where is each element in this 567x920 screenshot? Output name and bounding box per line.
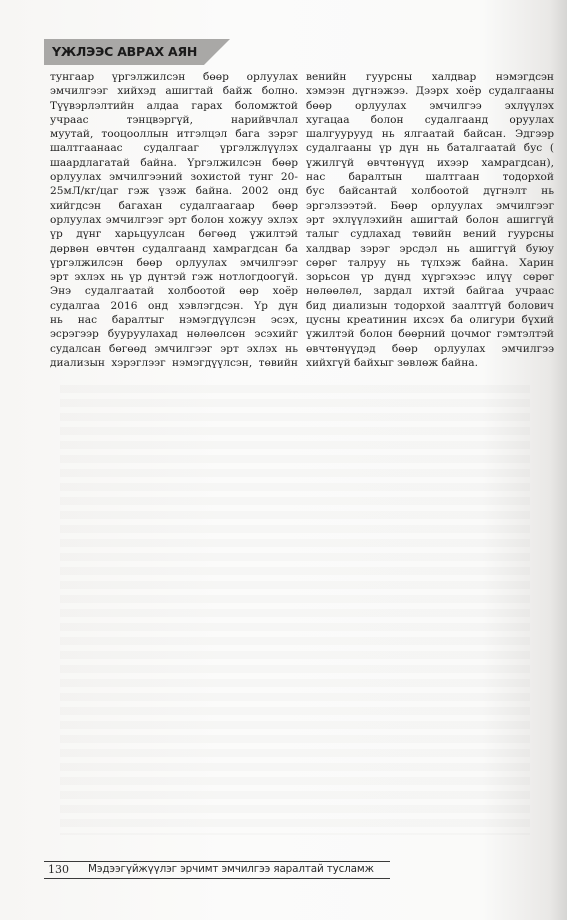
- text-line: нөлөөлөл, зардал ихтэй байгаа учраас: [306, 284, 554, 298]
- text-line: хийгдсэн багахан судалгаагаар бөөр: [50, 199, 298, 213]
- text-line: хэмээн дүгнэжээ. Дээрх хоёр судалгааны: [306, 84, 554, 98]
- text-line: тунгаар үргэлжилсэн бөөр орлуулах: [50, 70, 298, 84]
- text-line: судалгааны үр дүн нь баталгаатай бус (: [306, 141, 554, 155]
- footer-divider-top: [44, 861, 390, 862]
- text-line: хийхгүй байхыг зөвлөж байна.: [306, 356, 554, 370]
- text-line: эргэлзээтэй. Бөөр орлуулах эмчилгээг: [306, 199, 554, 213]
- text-line: бус байсантай холбоотой дүгнэлт нь: [306, 184, 554, 198]
- text-line: Түүвэрлэлтийн алдаа гарах боломжтой: [50, 99, 298, 113]
- text-line: эсрэгээр бууруулахад нөлөөлсөн эсэхийг: [50, 327, 298, 341]
- text-line: эмчилгээг хийхэд ашигтай байж болно.: [50, 84, 298, 98]
- text-line: диализын хэрэглээг нэмэгдүүлсэн, төвийн: [50, 356, 298, 370]
- section-title: ҮЖЛЭЭС АВРАХ АЯН: [52, 44, 197, 59]
- text-line: үжилгүй өвчтөнүүд ихээр хамрагдсан),: [306, 156, 554, 170]
- text-line: шалгуурууд нь ялгаатай байсан. Эдгээр: [306, 127, 554, 141]
- text-line: үр дүнг харьцуулсан бөгөөд үжилтэй: [50, 227, 298, 241]
- right-text-column: венийн гуурсны халдвар нэмэгдсэн хэмээн …: [306, 70, 554, 370]
- text-line: шаардлагатай байна. Үргэлжилсэн бөөр: [50, 156, 298, 170]
- text-line: цусны креатинин ихсэх ба олигури бүхий: [306, 313, 554, 327]
- text-line: судалгаа 2016 онд хэвлэгдсэн. Үр дүн: [50, 299, 298, 313]
- text-line: эрт эхлэх нь үр дүнтэй гэж нотлогдоогүй.: [50, 270, 298, 284]
- text-line: хугацаа болон судалгаанд оруулах: [306, 113, 554, 127]
- text-line: өвчтөнүүдэд бөөр орлуулах эмчилгээ: [306, 342, 554, 356]
- left-text-column: тунгаар үргэлжилсэн бөөр орлуулах эмчилг…: [50, 70, 298, 370]
- text-line: орлуулах эмчилгээг эрт болон хожуу эхлэх: [50, 213, 298, 227]
- text-line: орлуулах эмчилгээний зохистой тунг 20-: [50, 170, 298, 184]
- text-line: шалтгаанаас судалгааг үргэлжлүүлэх: [50, 141, 298, 155]
- text-line: судалсан бөгөөд эмчилгээг эрт эхлэх нь: [50, 342, 298, 356]
- footer-divider-bottom: [44, 878, 390, 879]
- text-line: үжилтэй болон бөөрний цочмог гэмтэлтэй: [306, 327, 554, 341]
- text-line: бид диализын тодорхой заалтгүй болович: [306, 299, 554, 313]
- bleed-through-shadow: [60, 385, 530, 835]
- text-line: нас баралтын шалтгаан тодорхой: [306, 170, 554, 184]
- text-line: 25мЛ/кг/цаг гэж үзэж байна. 2002 онд: [50, 184, 298, 198]
- text-line: муутай, тооцооллын итгэлцэл бага зэрэг: [50, 127, 298, 141]
- text-line: зорьсон үр дүнд хүргэхээс илүү сөрөг: [306, 270, 554, 284]
- text-line: сөрөг талруу нь түлхэж байна. Харин: [306, 256, 554, 270]
- text-line: Энэ судалгаатай холбоотой өөр хоёр: [50, 284, 298, 298]
- text-line: венийн гуурсны халдвар нэмэгдсэн: [306, 70, 554, 84]
- text-line: нь нас баралтыг нэмэгдүүлсэн эсэх,: [50, 313, 298, 327]
- text-line: дөрвөн өвчтөн судалгаанд хамрагдсан ба: [50, 242, 298, 256]
- text-line: халдвар зэрэг эрсдэл нь ашиггүй буюу: [306, 242, 554, 256]
- text-line: үргэлжилсэн бөөр орлуулах эмчилгээг: [50, 256, 298, 270]
- text-line: эрт эхлүүлэхийн ашигтай болон ашиггүй: [306, 213, 554, 227]
- page-number: 130: [48, 863, 69, 876]
- text-line: талыг судлахад төвийн вений гуурсны: [306, 227, 554, 241]
- running-footer-title: Мэдээгүйжүүлэг эрчимт эмчилгээ яаралтай …: [88, 863, 374, 875]
- text-line: учраас тэнцвэргүй, нарийвчлал: [50, 113, 298, 127]
- book-page: ҮЖЛЭЭС АВРАХ АЯН тунгаар үргэлжилсэн бөө…: [0, 0, 567, 920]
- section-banner: ҮЖЛЭЭС АВРАХ АЯН: [44, 39, 230, 65]
- text-line: бөөр орлуулах эмчилгээ эхлүүлэх: [306, 99, 554, 113]
